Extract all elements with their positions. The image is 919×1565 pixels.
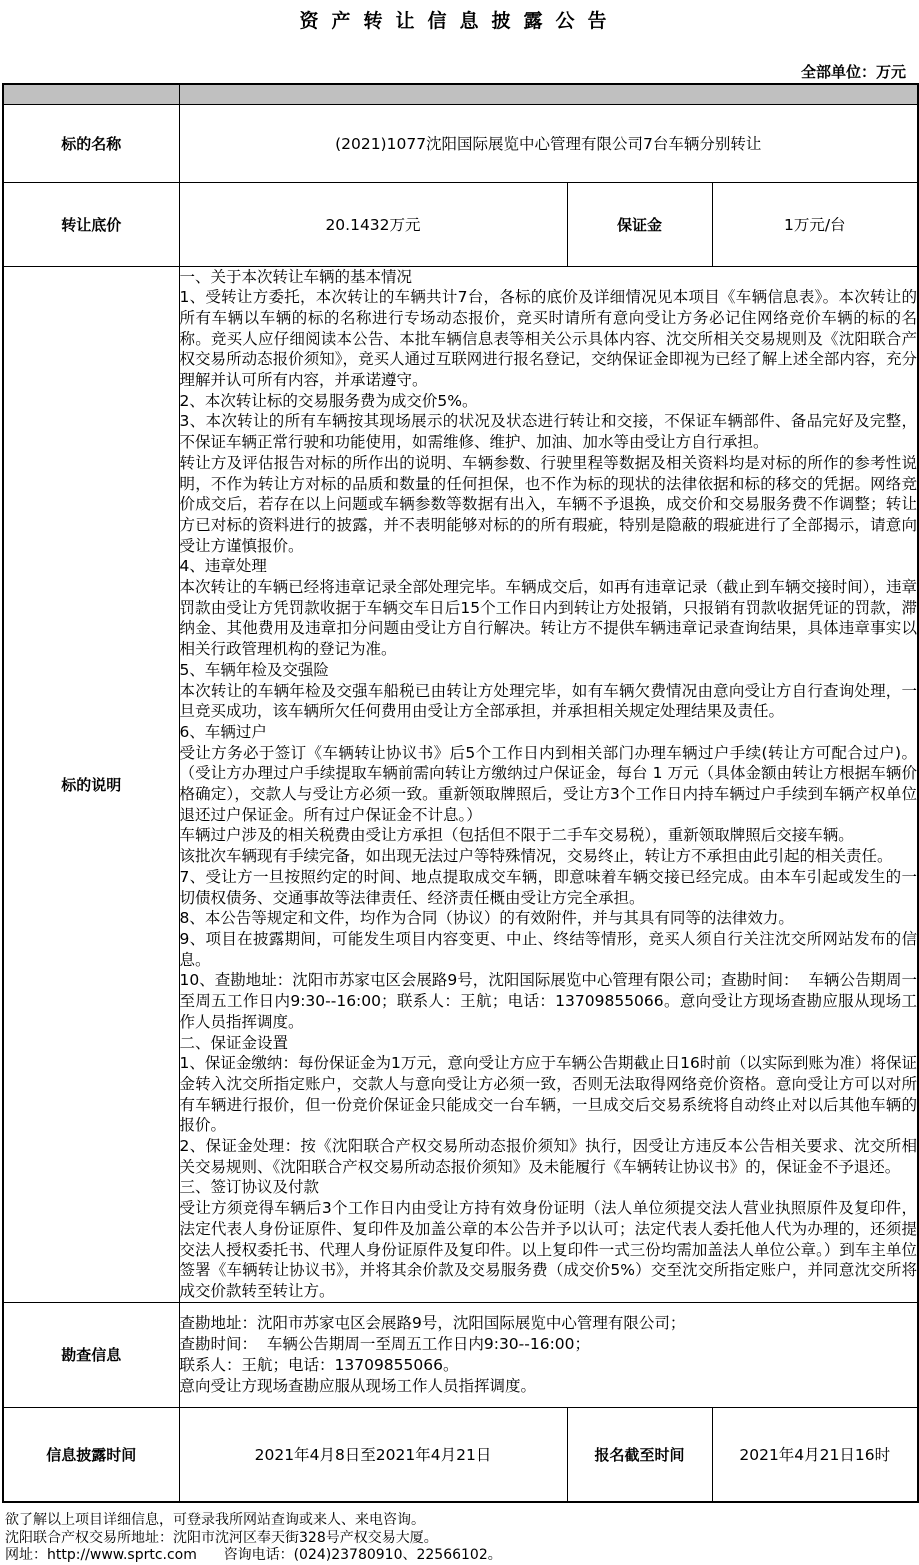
disclosure-period-label: 信息披露时间 xyxy=(3,1407,179,1502)
footer-line: 沈阳联合产权交易所地址：沈阳市沈河区奉天街328号产权交易大厦。 xyxy=(5,1530,919,1548)
subject-name-row: 标的名称 (2021)1077沈阳国际展览中心管理有限公司7台车辆分别转让 xyxy=(3,104,918,182)
price-deposit-row: 转让底价 20.1432万元 保证金 1万元/台 xyxy=(3,182,918,266)
gray-header-cell-left xyxy=(3,84,179,104)
survey-line: 查勘地址：沈阳市苏家屯区会展路9号，沈阳国际展览中心管理有限公司； xyxy=(180,1313,918,1334)
description-paragraph: 9、项目在披露期间，可能发生项目内容变更、中止、终结等情形，竞买人须自行关注沈交… xyxy=(180,929,918,970)
description-paragraph: 三、签订协议及付款 xyxy=(180,1177,918,1198)
description-paragraph: 6、车辆过户 xyxy=(180,722,918,743)
announcement-table: 标的名称 (2021)1077沈阳国际展览中心管理有限公司7台车辆分别转让 转让… xyxy=(2,83,919,1503)
registration-deadline-label: 报名截至时间 xyxy=(567,1407,712,1502)
footer-line: 欲了解以上项目详细信息，可登录我所网站查询或来人、来电咨询。 xyxy=(5,1512,919,1530)
description-paragraph: 本次转让的车辆已经将违章记录全部处理完毕。车辆成交后，如再有违章记录（截止到车辆… xyxy=(180,577,918,660)
description-paragraph: 3、本次转让的所有车辆按其现场展示的状况及状态进行转让和交接，不保证车辆部件、备… xyxy=(180,411,918,452)
survey-line: 意向受让方现场查勘应服从现场工作人员指挥调度。 xyxy=(180,1376,918,1397)
deposit-value: 1万元/台 xyxy=(712,182,918,266)
gray-header-row xyxy=(3,84,918,104)
description-paragraph: 二、保证金设置 xyxy=(180,1033,918,1054)
description-paragraph: 8、本公告等规定和文件，均作为合同（协议）的有效附件，并与其具有同等的法律效力。 xyxy=(180,908,918,929)
survey-content: 查勘地址：沈阳市苏家屯区会展路9号，沈阳国际展览中心管理有限公司； 查勘时间： … xyxy=(179,1302,918,1407)
description-paragraph: 10、查勘地址：沈阳市苏家屯区会展路9号，沈阳国际展览中心管理有限公司；查勘时间… xyxy=(180,970,918,1032)
description-paragraph: 1、受转让方委托，本次转让的车辆共计7台，各标的底价及详细情况见本项目《车辆信息… xyxy=(180,287,918,391)
deposit-label: 保证金 xyxy=(567,182,712,266)
description-paragraph: 2、保证金处理：按《沈阳联合产权交易所动态报价须知》执行，因受让方违反本公告相关… xyxy=(180,1136,918,1177)
description-paragraph: 车辆过户涉及的相关税费由受让方承担（包括但不限于二手车交易税），重新领取牌照后交… xyxy=(180,825,918,846)
description-paragraph: 4、违章处理 xyxy=(180,556,918,577)
description-paragraph: 5、车辆年检及交强险 xyxy=(180,660,918,681)
page-title: 资产转让信息披露公告 xyxy=(0,9,919,33)
survey-line: 查勘时间： 车辆公告期周一至周五工作日内9:30--16:00； xyxy=(180,1334,918,1355)
description-content: 一、关于本次转让车辆的基本情况 1、受转让方委托，本次转让的车辆共计7台，各标的… xyxy=(179,266,918,1302)
description-paragraph: 1、保证金缴纳：每份保证金为1万元，意向受让方应于车辆公告期截止日16时前（以实… xyxy=(180,1053,918,1136)
survey-line: 联系人：王航；电话：13709855066。 xyxy=(180,1355,918,1376)
description-label: 标的说明 xyxy=(3,266,179,1302)
announcement-page: 资产转让信息披露公告 全部单位：万元 标的名称 (2021)1077沈阳国际展览… xyxy=(0,9,919,1565)
survey-row: 勘查信息 查勘地址：沈阳市苏家屯区会展路9号，沈阳国际展览中心管理有限公司； 查… xyxy=(3,1302,918,1407)
unit-note: 全部单位：万元 xyxy=(0,63,906,81)
base-price-label: 转让底价 xyxy=(3,182,179,266)
description-paragraph: 受让方须竞得车辆后3个工作日内由受让方持有效身份证明（法人单位须提交法人营业执照… xyxy=(180,1198,918,1302)
description-paragraph: 转让方及评估报告对标的所作出的说明、车辆参数、行驶里程等数据及相关资料均是对标的… xyxy=(180,453,918,557)
survey-label: 勘查信息 xyxy=(3,1302,179,1407)
registration-deadline-value: 2021年4月21日16时 xyxy=(712,1407,918,1502)
footer: 欲了解以上项目详细信息，可登录我所网站查询或来人、来电咨询。 沈阳联合产权交易所… xyxy=(5,1512,919,1565)
description-paragraph: 受让方务必于签订《车辆转让协议书》后5个工作日内到相关部门办理车辆过户手续(转让… xyxy=(180,743,918,826)
disclosure-period-value: 2021年4月8日至2021年4月21日 xyxy=(179,1407,567,1502)
description-paragraph: 一、关于本次转让车辆的基本情况 xyxy=(180,267,918,288)
description-paragraph: 2、本次转让标的交易服务费为成交价5%。 xyxy=(180,391,918,412)
description-paragraph: 该批次车辆现有手续完备，如出现无法过户等特殊情况，交易终止，转让方不承担由此引起… xyxy=(180,846,918,867)
description-paragraph: 7、受让方一旦按照约定的时间、地点提取成交车辆，即意味着车辆交接已经完成。由本车… xyxy=(180,867,918,908)
subject-name-value: (2021)1077沈阳国际展览中心管理有限公司7台车辆分别转让 xyxy=(179,104,918,182)
description-paragraph: 本次转让的车辆年检及交强车船税已由转让方处理完毕，如有车辆欠费情况由意向受让方自… xyxy=(180,681,918,722)
subject-name-label: 标的名称 xyxy=(3,104,179,182)
footer-line: 网址：http://www.sprtc.com 咨询电话：(024)237809… xyxy=(5,1547,919,1565)
base-price-value: 20.1432万元 xyxy=(179,182,567,266)
gray-header-cell-right xyxy=(179,84,918,104)
dates-row: 信息披露时间 2021年4月8日至2021年4月21日 报名截至时间 2021年… xyxy=(3,1407,918,1502)
description-row: 标的说明 一、关于本次转让车辆的基本情况 1、受转让方委托，本次转让的车辆共计7… xyxy=(3,266,918,1302)
